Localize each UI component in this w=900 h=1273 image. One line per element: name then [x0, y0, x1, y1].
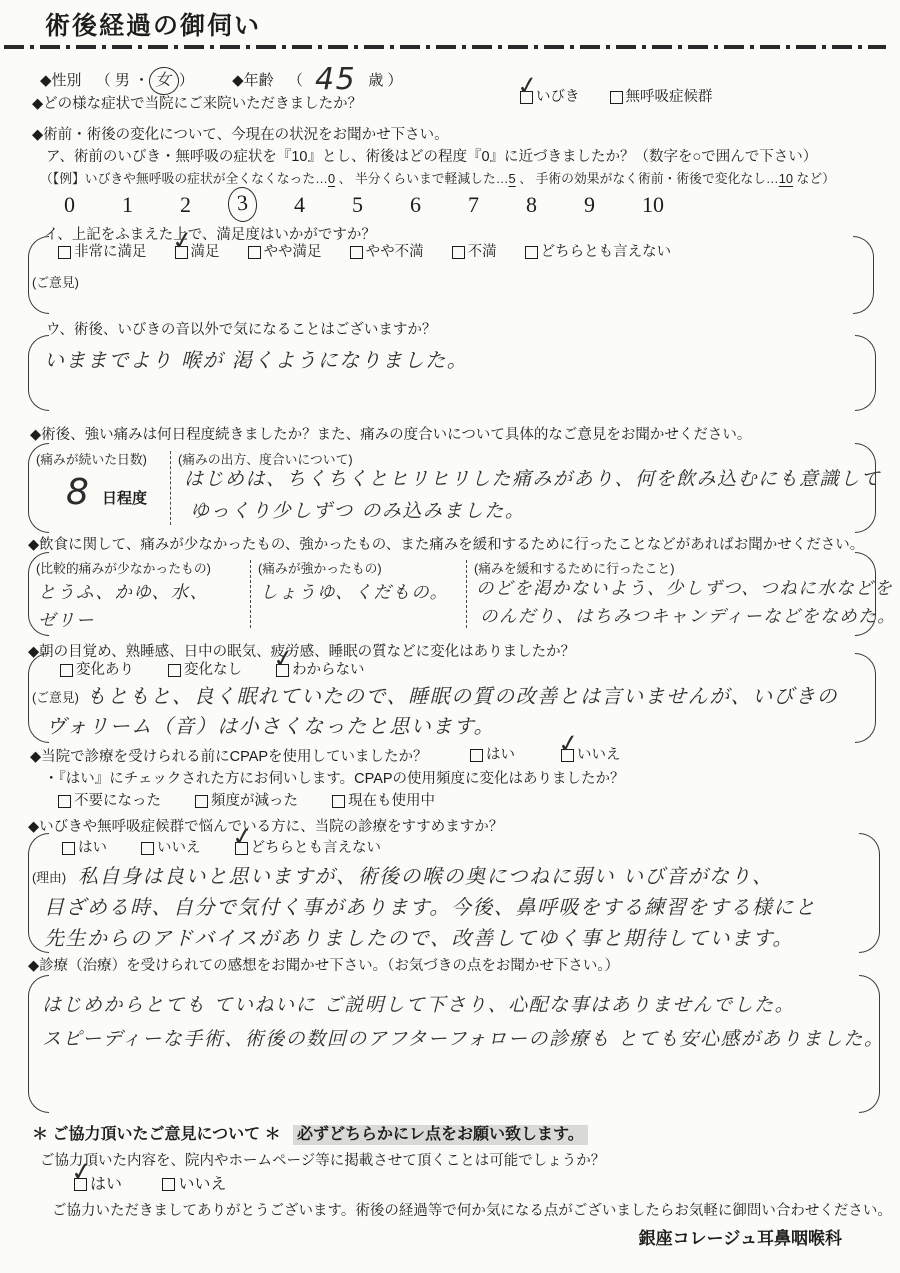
eating-col3-line2[interactable]: のんだり、はちみつキャンディーなどをなめた。: [480, 606, 896, 630]
impression-section-heading: ◆診療（治療）を受けられての感想をお聞かせ下さい。（お気づきの点をお聞かせ下さい…: [28, 957, 619, 977]
checkbox-hijouni-manzoku[interactable]: ✓ 非常に満足: [58, 243, 147, 263]
eating-col2-line1[interactable]: しょうゆ、くだもの。: [260, 582, 449, 606]
pain-detail-label: (痛みの出方、度合いについて): [178, 451, 353, 468]
age-label: ◆年齢: [232, 72, 274, 89]
age-paren-open: （: [288, 72, 303, 89]
page-title: 術後経過の御伺い: [45, 10, 261, 44]
publish-question: ご協力頂いた内容を、院内やホームページ等に掲載させて頂くことは可能でしょうか？: [40, 1152, 605, 1172]
clinic-name: 銀座コレージュ耳鼻咽喉科: [639, 1228, 842, 1251]
checkbox-icon[interactable]: [175, 246, 188, 259]
pain-detail-line2[interactable]: ゆっくり少しずつ のみ込みました。: [190, 499, 525, 525]
checkbox-icon[interactable]: [60, 664, 73, 677]
scale-number-7[interactable]: 7: [468, 190, 479, 220]
checkbox-genzai-shiyou[interactable]: ✓ 現在も使用中: [332, 792, 435, 812]
checkbox-icon[interactable]: [195, 795, 208, 808]
scale-number-10[interactable]: 10: [642, 190, 664, 220]
checkbox-mukokyuu[interactable]: ✓ 無呼吸症候群: [610, 88, 713, 108]
checkbox-cpap-iie[interactable]: ✓ いいえ: [561, 746, 621, 766]
checkbox-icon[interactable]: [162, 1178, 175, 1191]
checkbox-icon[interactable]: [58, 795, 71, 808]
checkbox-icon[interactable]: [561, 749, 574, 762]
checkbox-icon[interactable]: [610, 91, 623, 104]
checkbox-icon[interactable]: [248, 246, 261, 259]
cpap-frequency-options: ✓ 不要になった ✓ 頻度が減った ✓ 現在も使用中: [58, 792, 435, 815]
pain-days-unit: 日程度: [102, 489, 147, 509]
checkbox-yaya-manzoku[interactable]: ✓ やや満足: [248, 243, 322, 263]
age-value-handwritten[interactable]: 45: [315, 62, 356, 97]
checkbox-rec-hai[interactable]: ✓ はい: [62, 839, 107, 859]
age-paren-close: 歳 ）: [368, 72, 402, 89]
eating-column-divider-1: [250, 560, 251, 628]
reason-line1[interactable]: 私自身は良いと思いますが、術後の喉の奥につねに弱い いび音がなり、: [78, 863, 773, 890]
eating-col3-line1[interactable]: のどを渇かないよう、少しずつ、つねに水などを: [476, 578, 893, 602]
checkbox-publish-iie[interactable]: ✓ いいえ: [162, 1174, 226, 1196]
eating-answer-box: (比較的痛みが少なかったもの) (痛みが強かったもの) (痛みを緩和するために行…: [28, 552, 876, 636]
checkbox-icon[interactable]: [525, 246, 538, 259]
check-required-highlight: 必ずどちらかにレ点をお願い致します。: [293, 1125, 588, 1145]
checkbox-rec-iie[interactable]: ✓ いいえ: [141, 839, 201, 859]
checkbox-icon[interactable]: [74, 1178, 87, 1191]
checkbox-fuman[interactable]: ✓ 不満: [452, 243, 497, 263]
scale-number-5[interactable]: 5: [352, 190, 363, 220]
comment-label: (ご意見): [32, 274, 79, 291]
checkbox-publish-hai[interactable]: ✓ はい: [74, 1174, 122, 1196]
pain-answer-box: (痛みが続いた日数) (痛みの出方、度合いについて) 8 日程度 はじめは、ちく…: [28, 443, 876, 533]
checkbox-icon[interactable]: [350, 246, 363, 259]
eating-col1-line2[interactable]: ゼリー: [38, 610, 95, 634]
sleep-comment-line1[interactable]: もともと、良く眠れていたので、睡眠の質の改善とは言いませんが、いびきの: [86, 683, 838, 710]
pain-days-label: (痛みが続いた日数): [36, 451, 147, 468]
sleep-comment-label: (ご意見): [32, 689, 79, 706]
eating-col3-label: (痛みを緩和するために行ったこと): [474, 560, 674, 577]
thanks-note: ご協力いただきましてありがとうございます。術後の経過等で何か気になる点がございま…: [52, 1202, 892, 1222]
checkbox-cpap-hai[interactable]: ✓ はい: [470, 746, 515, 766]
example-line: （【例】いびきや無呼吸の症状が全くなくなった…0 、 半分くらいまで軽減した…5…: [40, 170, 835, 187]
eating-col1-label: (比較的痛みが少なかったもの): [36, 560, 211, 577]
satisfaction-answer-box: ✓ 非常に満足 ✓ 満足 ✓ やや満足 ✓ やや不満 ✓ 不満: [28, 236, 874, 314]
pain-days-value[interactable]: 8: [66, 469, 90, 518]
reason-line3[interactable]: 先生からのアドバイスがありましたので、改善してゆく事と期待しています。: [44, 925, 794, 952]
scanned-questionnaire-page: 術後経過の御伺い ◆性別 （ 男 ・ 女 ） ◆年齢 （ 45 歳 ） ◆どの様…: [0, 0, 900, 1273]
checkbox-henka-nashi[interactable]: ✓ 変化なし: [168, 661, 242, 681]
cpap-yesno-options: ✓ はい ✓ いいえ: [470, 746, 621, 769]
cpap-question-2: ・『はい』にチェックされた方にお伺いします。CPAPの使用頻度に変化はありました…: [44, 770, 625, 790]
checkbox-icon[interactable]: [58, 246, 71, 259]
checkbox-icon[interactable]: [332, 795, 345, 808]
scale-number-9[interactable]: 9: [584, 190, 595, 220]
impression-line2[interactable]: スピーディーな手術、術後の数回のアフターフォローの診療も とても安心感がありまし…: [42, 1027, 885, 1053]
reason-line2[interactable]: 目ざめる時、自分で気付く事があります。今後、鼻呼吸をする練習をする様にと: [44, 894, 816, 921]
change-section-heading: ◆術前・術後の変化について、今現在の状況をお聞かせ下さい。: [32, 126, 449, 146]
checkbox-icon[interactable]: [62, 842, 75, 855]
eating-col2-label: (痛みが強かったもの): [258, 560, 382, 577]
scale-number-3-circled[interactable]: 3: [227, 186, 258, 223]
checkbox-hindo-hetta[interactable]: ✓ 頻度が減った: [195, 792, 298, 812]
checkbox-yaya-fuman[interactable]: ✓ やや不満: [350, 243, 424, 263]
recommend-answer-box: ✓ はい ✓ いいえ ✓ どちらとも言えない (理由) 私自身は良いと思いますが…: [28, 833, 880, 953]
question-a: ア、術前のいびき・無呼吸の症状を『10』とし、術後はどの程度『0』に近づきました…: [46, 148, 817, 168]
checkbox-icon[interactable]: [276, 664, 289, 677]
rating-scale: 0 1 2 3 4 5 6 7 8 9 10: [64, 190, 664, 220]
example-value-0: 0: [328, 171, 335, 186]
cpap-question-1: ◆当院で診療を受けられる前にCPAPを使用していましたか？: [30, 748, 428, 768]
symptom-options: ✓ いびき ✓ 無呼吸症候群: [520, 88, 713, 111]
recommend-options: ✓ はい ✓ いいえ ✓ どちらとも言えない: [62, 839, 381, 862]
checkbox-icon[interactable]: [168, 664, 181, 677]
scale-number-2[interactable]: 2: [180, 190, 191, 220]
checkbox-icon[interactable]: [141, 842, 154, 855]
scale-number-6[interactable]: 6: [410, 190, 421, 220]
cooperation-note: ＊ ご協力頂いたご意見について ＊ 必ずどちらかにレ点をお願い致します。: [32, 1124, 588, 1146]
example-value-5: 5: [509, 171, 516, 186]
gender-options-pre: （ 男 ・: [96, 72, 149, 89]
checkbox-fuyou[interactable]: ✓ 不要になった: [58, 792, 161, 812]
checkbox-icon[interactable]: [452, 246, 465, 259]
checkbox-icon[interactable]: [520, 91, 533, 104]
checkbox-dochira-tomo[interactable]: ✓ どちらとも言えない: [525, 243, 672, 263]
satisfaction-options: ✓ 非常に満足 ✓ 満足 ✓ やや満足 ✓ やや不満 ✓ 不満: [58, 243, 671, 266]
dash-dot-divider: [4, 45, 886, 49]
checkbox-icon[interactable]: [470, 749, 483, 762]
scale-number-0[interactable]: 0: [64, 190, 75, 220]
symptom-question: ◆どの様な症状で当院にご来院いただきましたか？: [32, 95, 362, 115]
impression-line1[interactable]: はじめからとても ていねいに ご説明して下さり、心配な事はありませんでした。: [42, 993, 795, 1019]
eating-column-divider-2: [466, 560, 467, 628]
question-c-answer-box: いままでより 喉が 渇くようになりました。: [28, 335, 876, 411]
scale-number-4[interactable]: 4: [294, 190, 305, 220]
pain-detail-line1[interactable]: はじめは、ちくちくとヒリヒリした痛みがあり、何を飲み込むにも意識して: [184, 467, 881, 493]
publish-options: ✓ はい ✓ いいえ: [74, 1174, 226, 1198]
checkbox-icon[interactable]: [235, 842, 248, 855]
pain-column-divider: [170, 451, 171, 525]
gender-options-post: ）: [179, 72, 194, 89]
checkbox-manzoku[interactable]: ✓ 満足: [175, 243, 220, 263]
checkbox-ibiki[interactable]: ✓ いびき: [520, 88, 580, 108]
question-c-answer[interactable]: いままでより 喉が 渇くようになりました。: [44, 347, 468, 374]
eating-col1-line1[interactable]: とうふ、かゆ、水、: [38, 582, 209, 606]
sleep-comment-line2[interactable]: ヴォリーム（音）は小さくなったと思います。: [46, 713, 495, 740]
checkbox-wakaranai[interactable]: ✓ わからない: [276, 661, 365, 681]
reason-label: (理由): [32, 869, 66, 886]
gender-label: ◆性別: [40, 72, 82, 89]
gender-selected-circle[interactable]: 女: [149, 66, 180, 95]
scale-number-1[interactable]: 1: [122, 190, 133, 220]
sleep-options: ✓ 変化あり ✓ 変化なし ✓ わからない: [60, 661, 365, 684]
sleep-answer-box: ✓ 変化あり ✓ 変化なし ✓ わからない (ご意見) もともと、良く眠れていた…: [28, 653, 876, 743]
checkbox-henka-ari[interactable]: ✓ 変化あり: [60, 661, 134, 681]
scale-number-8[interactable]: 8: [526, 190, 537, 220]
impression-answer-box: はじめからとても ていねいに ご説明して下さり、心配な事はありませんでした。 ス…: [28, 975, 880, 1113]
example-value-10: 10: [779, 171, 793, 186]
checkbox-rec-dochira[interactable]: ✓ どちらとも言えない: [235, 839, 382, 859]
